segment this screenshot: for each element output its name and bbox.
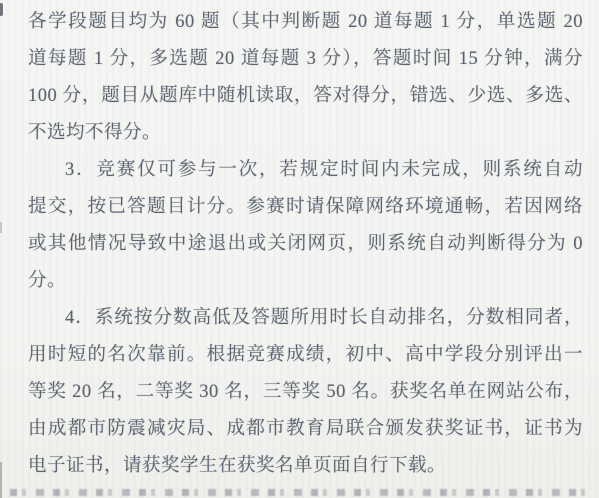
text-line: 4．系统按分数高低及答题所用时长自动排名，分数相同者， xyxy=(28,300,583,337)
text-line: 分。 xyxy=(28,263,583,300)
paragraph: 3．竞赛仅可参与一次，若规定时间内未完成，则系统自动提交，按已答题目计分。参赛时… xyxy=(28,152,583,300)
cutoff-text-line xyxy=(10,489,591,496)
paragraph: 4．系统按分数高低及答题所用时长自动排名，分数相同者，用时短的名次靠前。根据竞赛… xyxy=(28,300,583,485)
text-line: 由成都市防震减灾局、成都市教育局联合颁发获奖证书，证书为 xyxy=(28,411,583,448)
document-body: 各学段题目均为 60 题（其中判断题 20 道每题 1 分，单选题 20道每题 … xyxy=(28,4,583,485)
text-line: 提交，按已答题目计分。参赛时请保障网络环境通畅，若因网络 xyxy=(28,189,583,226)
text-line: 或其他情况导致中途退出或关闭网页，则系统自动判断得分为 0 xyxy=(28,226,583,263)
text-line: 道每题 1 分，多选题 20 道每题 3 分），答题时间 15 分钟，满分 xyxy=(28,41,583,78)
text-line: 3．竞赛仅可参与一次，若规定时间内未完成，则系统自动 xyxy=(28,152,583,189)
text-line: 各学段题目均为 60 题（其中判断题 20 道每题 1 分，单选题 20 xyxy=(28,4,583,41)
scan-artifact-bottom-left xyxy=(0,462,2,498)
text-line: 用时短的名次靠前。根据竞赛成绩，初中、高中学段分别评出一 xyxy=(28,337,583,374)
text-line: 等奖 20 名，二等奖 30 名，三等奖 50 名。获奖名单在网站公布， xyxy=(28,374,583,411)
text-line: 不选均不得分。 xyxy=(28,115,583,152)
document-page: 各学段题目均为 60 题（其中判断题 20 道每题 1 分，单选题 20道每题 … xyxy=(0,0,599,498)
text-line: 电子证书，请获奖学生在获奖名单页面自行下载。 xyxy=(28,448,583,485)
paragraph: 各学段题目均为 60 题（其中判断题 20 道每题 1 分，单选题 20道每题 … xyxy=(28,4,583,152)
text-line: 100 分，题目从题库中随机读取，答对得分，错选、少选、多选、 xyxy=(28,78,583,115)
scan-artifact-top-left xyxy=(0,3,3,16)
scan-artifact-left-middle xyxy=(0,222,2,233)
